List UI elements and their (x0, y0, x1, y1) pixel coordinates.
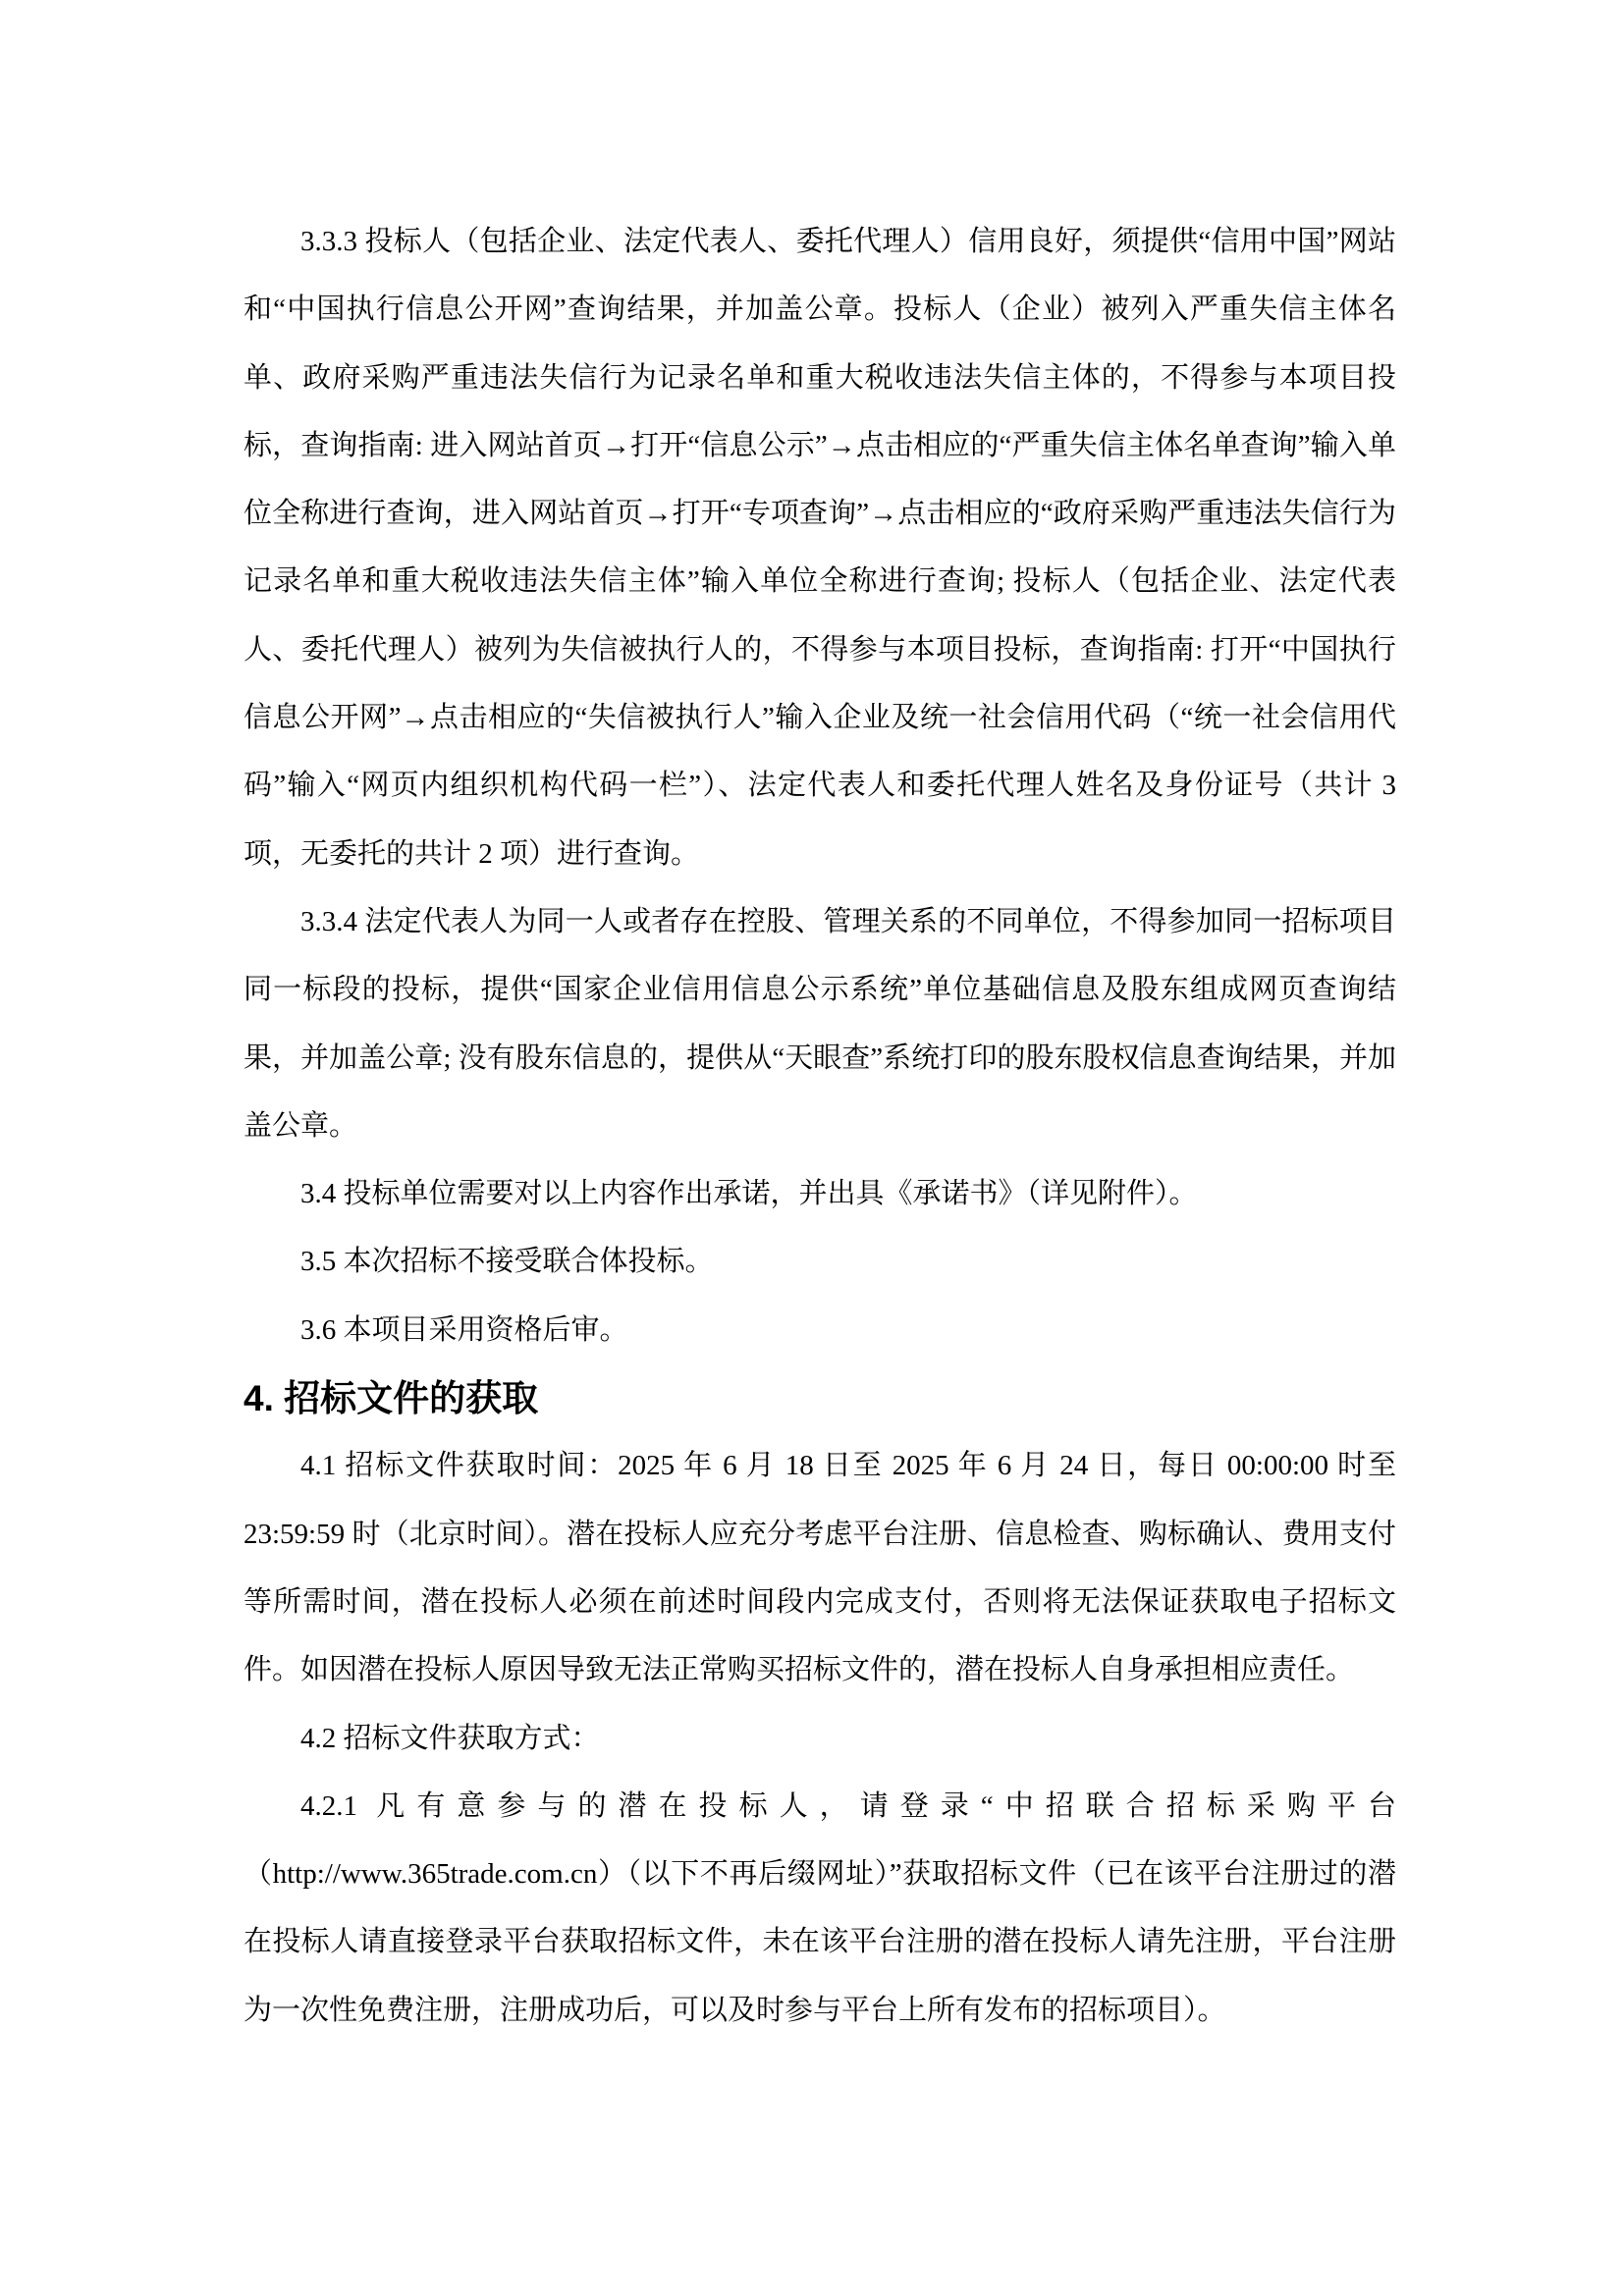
clause-3-4: 3.4 投标单位需要对以上内容作出承诺，并出具《承诺书》（详见附件）。 (244, 1160, 1396, 1228)
clause-4-2: 4.2 招标文件获取方式： (244, 1705, 1396, 1773)
clause-4-1: 4.1 招标文件获取时间：2025 年 6 月 18 日至 2025 年 6 月… (244, 1432, 1396, 1704)
clause-4-2-1: 4.2.1 凡有意参与的潜在投标人，请登录“中招联合招标采购平台（http://… (244, 1773, 1396, 2045)
document-page: 3.3.3 投标人（包括企业、法定代表人、委托代理人）信用良好，须提供“信用中国… (0, 0, 1624, 2296)
section-4-heading: 4. 招标文件的获取 (244, 1364, 1396, 1432)
clause-3-6: 3.6 本项目采用资格后审。 (244, 1297, 1396, 1364)
clause-3-3-4: 3.3.4 法定代表人为同一人或者存在控股、管理关系的不同单位，不得参加同一招标… (244, 888, 1396, 1160)
document-body: 3.3.3 投标人（包括企业、法定代表人、委托代理人）信用良好，须提供“信用中国… (244, 208, 1396, 2045)
clause-3-3-3: 3.3.3 投标人（包括企业、法定代表人、委托代理人）信用良好，须提供“信用中国… (244, 208, 1396, 888)
clause-3-5: 3.5 本次招标不接受联合体投标。 (244, 1228, 1396, 1296)
